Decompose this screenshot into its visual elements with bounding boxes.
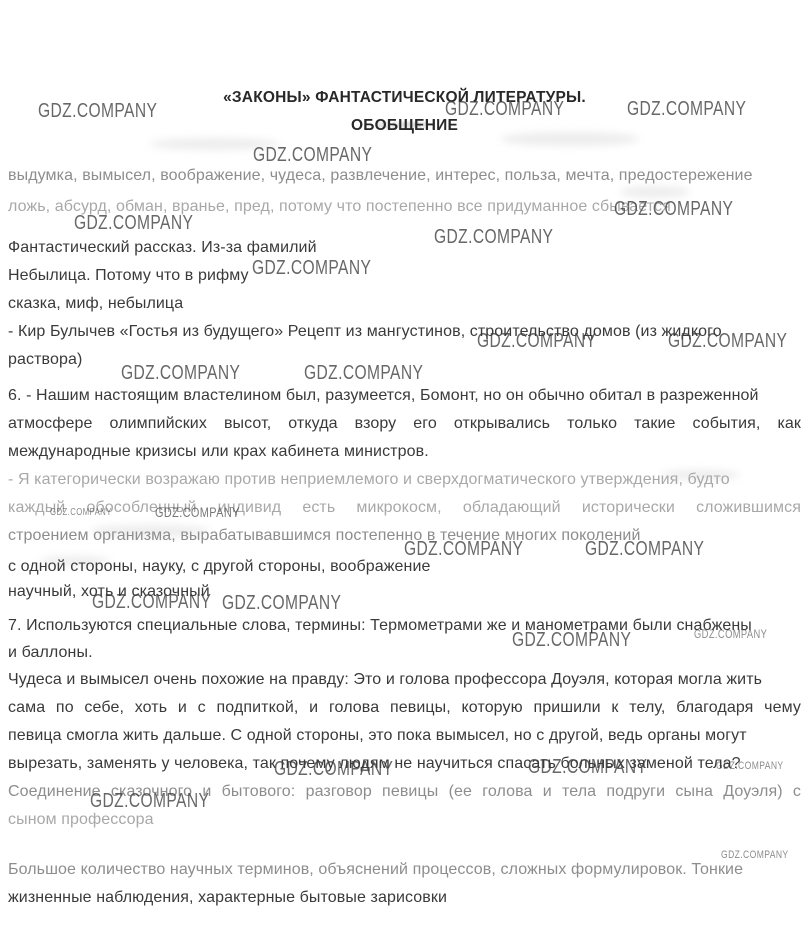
text-line: международные кризисы или крах кабинета … [8, 438, 801, 466]
paragraph-synonyms: выдумка, вымысел, воображение, чудеса, р… [8, 160, 801, 222]
paragraph-genres: Фантастический рассказ. Из-за фамилийНеб… [8, 234, 801, 374]
text-line: Фантастический рассказ. Из-за фамилий [8, 234, 801, 262]
paragraph-science-vs-imagination: с одной стороны, науку, с другой стороны… [8, 554, 801, 604]
paragraph-answer-6: 6. - Нашим настоящим властелином был, ра… [8, 382, 801, 550]
text-line: Небылица. Потому что в рифму [8, 262, 801, 290]
text-line: сыном профессора [8, 806, 801, 834]
text-line: ложь, абсурд, обман, вранье, пред, потом… [8, 191, 801, 222]
text-line: 7. Используются специальные слова, терми… [8, 612, 801, 639]
paragraph-combination: Соединение сказочного и бытового: разгов… [8, 778, 801, 834]
text-line: строением организма, вырабатывавшимся по… [8, 522, 801, 550]
text-line: и баллоны. [8, 639, 801, 666]
text-line: с одной стороны, науку, с другой стороны… [8, 554, 801, 579]
document-title-line-2: ОБОБЩЕНИЕ [8, 112, 801, 140]
text-line: сказка, миф, небылица [8, 290, 801, 318]
text-line: жизненные наблюдения, характерные бытовы… [8, 884, 801, 912]
paragraph-wonders: Чудеса и вымысел очень похожие на правду… [8, 666, 801, 778]
paragraph-terms: Большое количество научных терминов, объ… [8, 856, 801, 912]
document-body: выдумка, вымысел, воображение, чудеса, р… [8, 160, 801, 912]
text-line: Соединение сказочного и бытового: разгов… [8, 778, 801, 806]
text-line: раствора) [8, 346, 801, 374]
text-line: сама по себе, хоть и с подпиткой, и голо… [8, 694, 801, 722]
text-line: певица смогла жить дальше. С одной сторо… [8, 722, 801, 750]
text-line: 6. - Нашим настоящим властелином был, ра… [8, 382, 801, 410]
paragraph-answer-7: 7. Используются специальные слова, терми… [8, 612, 801, 666]
text-line: выдумка, вымысел, воображение, чудеса, р… [8, 160, 801, 191]
document-page: «ЗАКОНЫ» ФАНТАСТИЧЕСКОЙ ЛИТЕРАТУРЫ. ОБОБ… [0, 0, 811, 943]
document-content: «ЗАКОНЫ» ФАНТАСТИЧЕСКОЙ ЛИТЕРАТУРЫ. ОБОБ… [0, 0, 811, 912]
text-line: Чудеса и вымысел очень похожие на правду… [8, 666, 801, 694]
text-line: - Кир Булычев «Гостья из будущего» Рецеп… [8, 318, 801, 346]
document-title-line-1: «ЗАКОНЫ» ФАНТАСТИЧЕСКОЙ ЛИТЕРАТУРЫ. [8, 84, 801, 112]
text-line: - Я категорически возражаю против неприе… [8, 466, 801, 494]
text-line: вырезать, заменять у человека, так почем… [8, 750, 801, 778]
text-line: атмосфере олимпийских высот, откуда взор… [8, 410, 801, 438]
text-line: Большое количество научных терминов, объ… [8, 856, 801, 884]
text-line: научный, хоть и сказочный [8, 579, 801, 604]
text-line: каждый обособленный индивид есть микроко… [8, 494, 801, 522]
